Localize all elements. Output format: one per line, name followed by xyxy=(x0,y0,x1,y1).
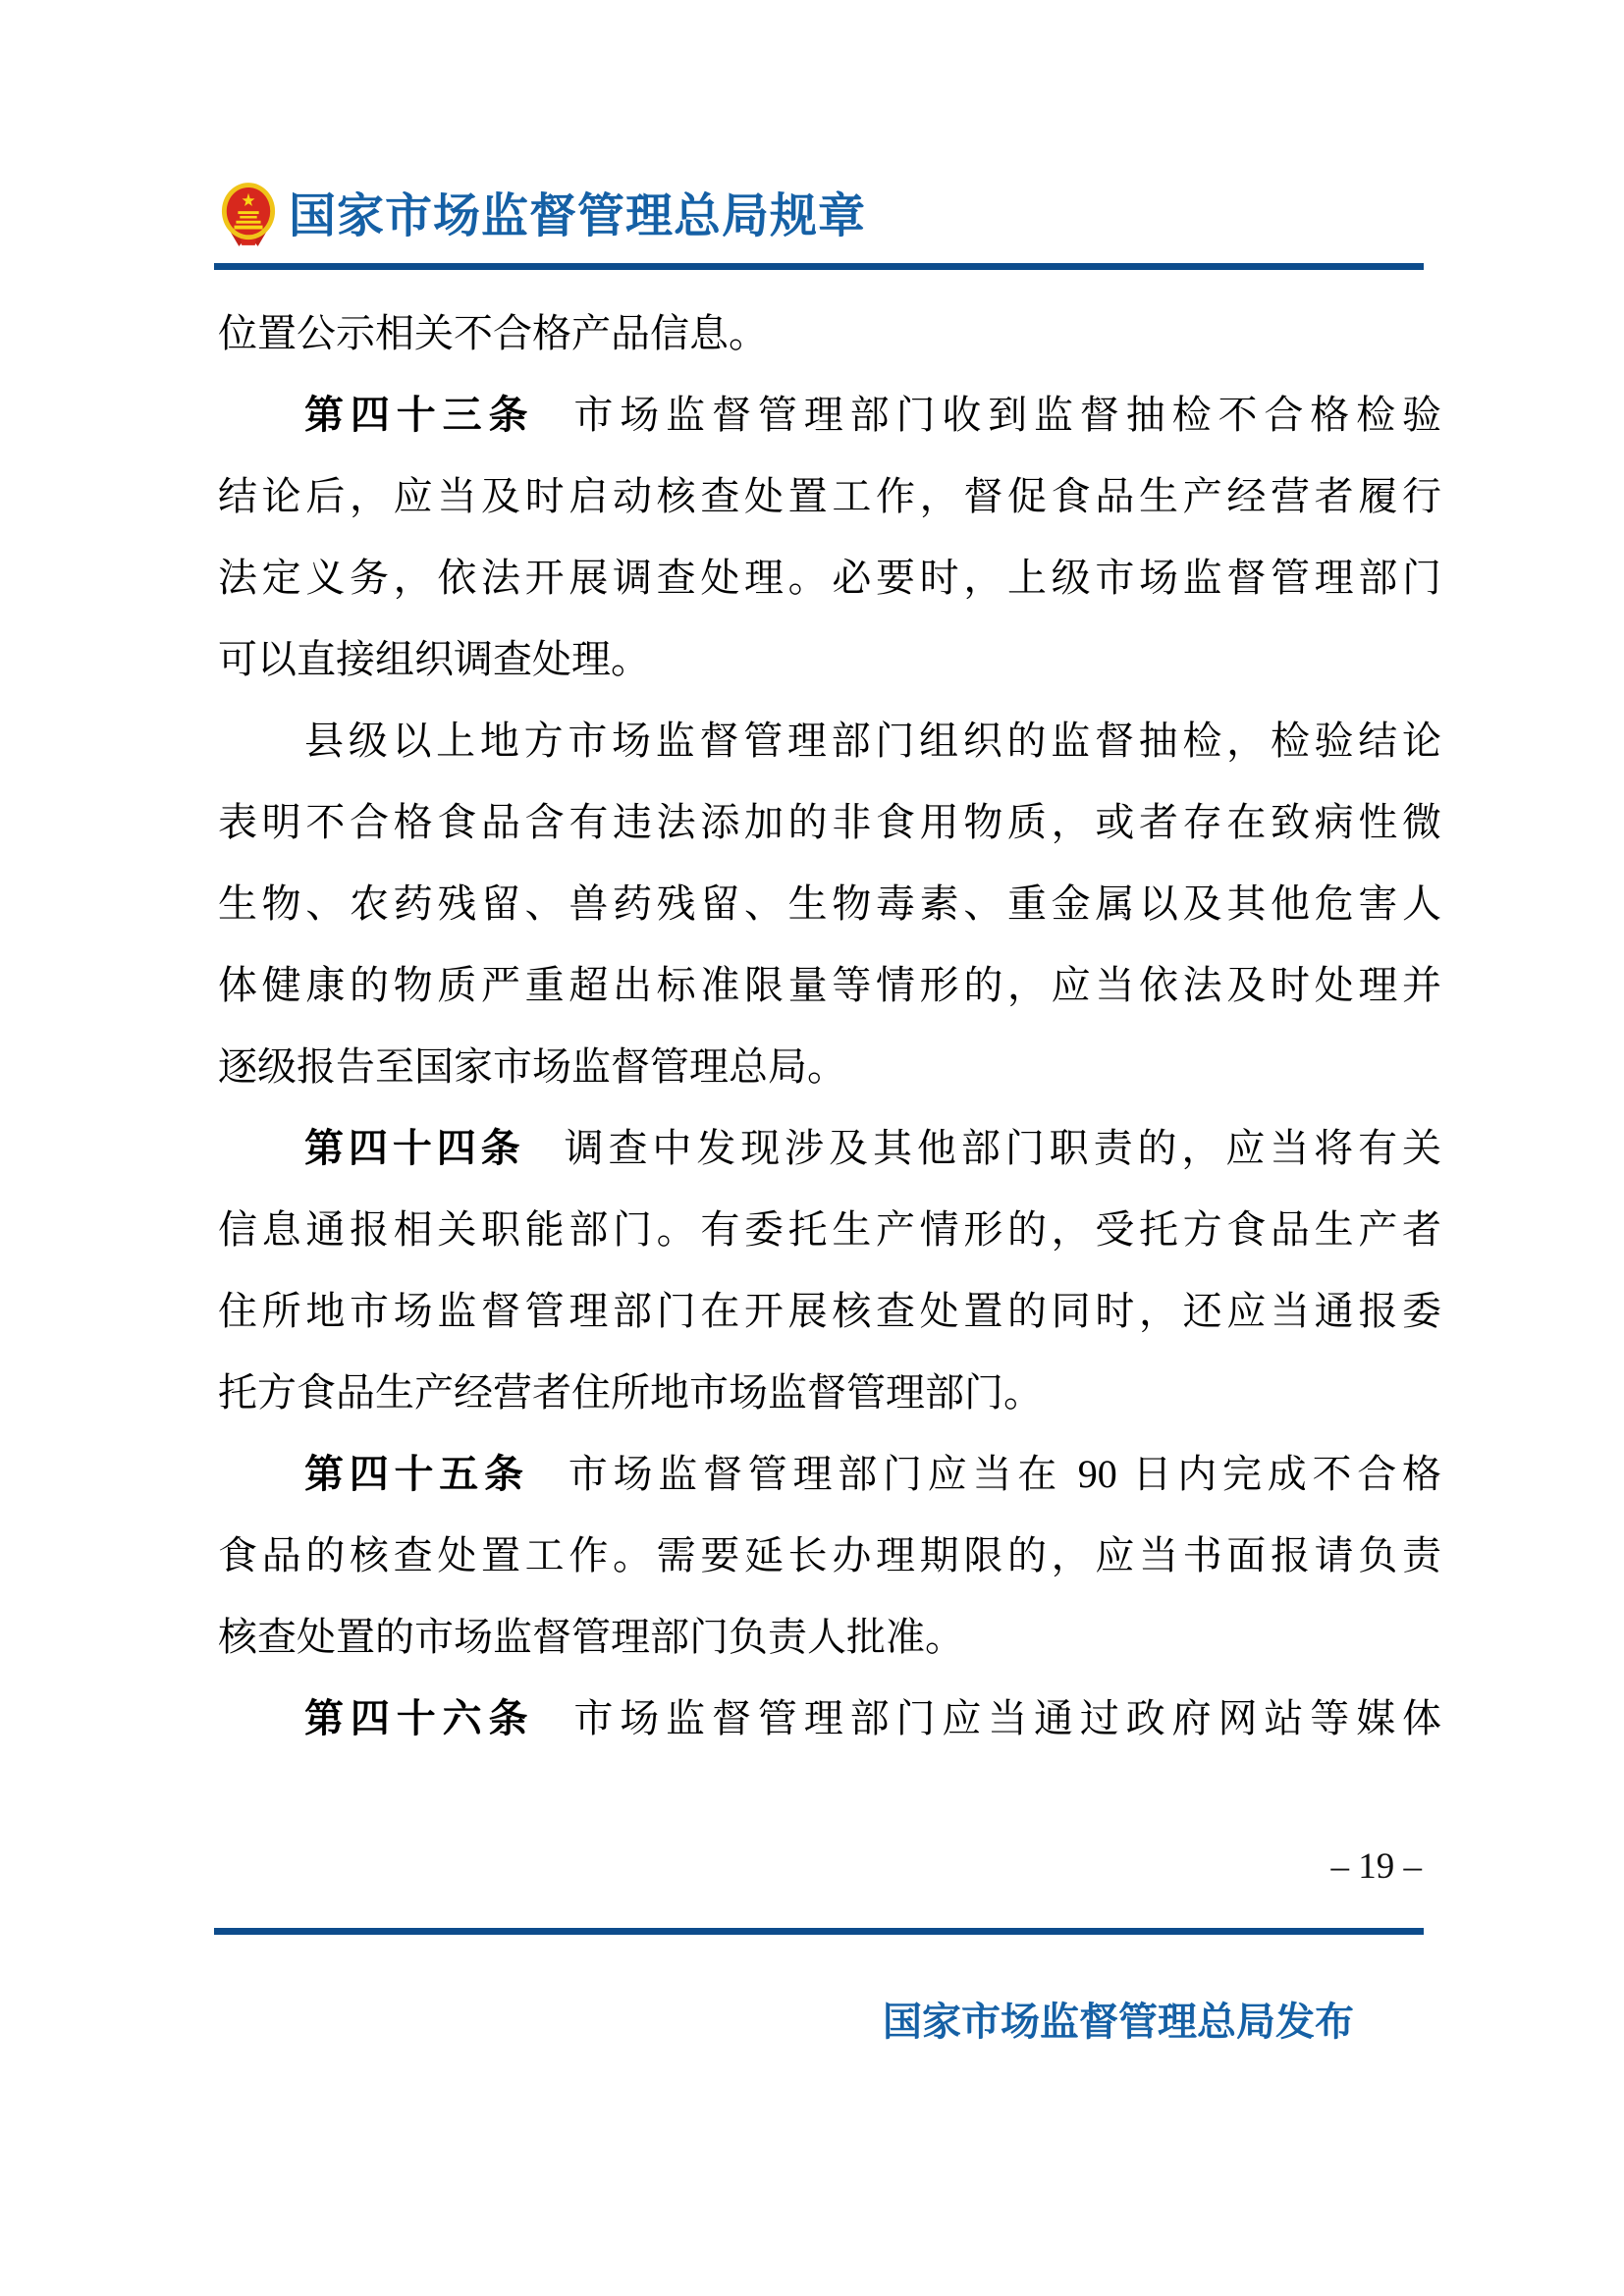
header-title: 国家市场监督管理总局规章 xyxy=(289,188,866,245)
body-line: 第四十六条市场监督管理部门应当通过政府网站等媒体 xyxy=(218,1678,1441,1759)
body-line: 第四十三条市场监督管理部门收到监督抽检不合格检验 xyxy=(218,374,1441,455)
line-text: 市场监督管理部门应当在 90 日内完成不合格 xyxy=(568,1452,1441,1496)
document-page: 国家市场监督管理总局规章 位置公示相关不合格产品信息。第四十三条市场监督管理部门… xyxy=(0,0,1624,2296)
body-line: 托方食品生产经营者住所地市场监督管理部门。 xyxy=(218,1352,1441,1433)
document-body: 位置公示相关不合格产品信息。第四十三条市场监督管理部门收到监督抽检不合格检验结论… xyxy=(218,293,1441,1759)
national-emblem-icon xyxy=(220,183,277,247)
body-line: 表明不合格食品含有违法添加的非食用物质，或者存在致病性微 xyxy=(218,781,1441,863)
line-text: 结论后，应当及时启动核查处置工作，督促食品生产经营者履行 xyxy=(218,474,1441,518)
footer-rule-divider xyxy=(214,1928,1424,1935)
article-number: 第四十四条 xyxy=(304,1127,525,1170)
body-line: 县级以上地方市场监督管理部门组织的监督抽检，检验结论 xyxy=(218,700,1441,781)
body-line: 核查处置的市场监督管理部门负责人批准。 xyxy=(218,1596,1441,1678)
article-number: 第四十六条 xyxy=(304,1697,534,1740)
article-number: 第四十五条 xyxy=(304,1453,529,1496)
line-text: 可以直接组织调查处理。 xyxy=(218,637,650,681)
body-line: 生物、农药残留、兽药残留、生物毒素、重金属以及其他危害人 xyxy=(218,863,1441,944)
line-text: 信息通报相关职能部门。有委托生产情形的，受托方食品生产者 xyxy=(218,1207,1441,1252)
body-line: 第四十四条调查中发现涉及其他部门职责的，应当将有关 xyxy=(218,1107,1441,1189)
line-text: 法定义务，依法开展调查处理。必要时，上级市场监督管理部门 xyxy=(218,556,1441,600)
line-text: 市场监督管理部门收到监督抽检不合格检验 xyxy=(573,393,1441,437)
line-text: 托方食品生产经营者住所地市场监督管理部门。 xyxy=(218,1370,1043,1415)
body-line: 位置公示相关不合格产品信息。 xyxy=(218,293,1441,374)
body-line: 信息通报相关职能部门。有委托生产情形的，受托方食品生产者 xyxy=(218,1189,1441,1270)
line-text: 食品的核查处置工作。需要延长办理期限的，应当书面报请负责 xyxy=(218,1533,1441,1577)
page-number: – 19 – xyxy=(1331,1847,1423,1887)
line-text: 调查中发现涉及其他部门职责的，应当将有关 xyxy=(565,1126,1441,1170)
body-line: 法定义务，依法开展调查处理。必要时，上级市场监督管理部门 xyxy=(218,537,1441,618)
line-text: 住所地市场监督管理部门在开展核查处置的同时，还应当通报委 xyxy=(218,1289,1441,1333)
line-text: 核查处置的市场监督管理部门负责人批准。 xyxy=(218,1615,964,1659)
publisher-label: 国家市场监督管理总局发布 xyxy=(883,1997,1354,2048)
line-text: 表明不合格食品含有违法添加的非食用物质，或者存在致病性微 xyxy=(218,800,1441,844)
line-text: 市场监督管理部门应当通过政府网站等媒体 xyxy=(573,1696,1441,1740)
line-text: 县级以上地方市场监督管理部门组织的监督抽检，检验结论 xyxy=(304,719,1441,763)
line-text: 生物、农药残留、兽药残留、生物毒素、重金属以及其他危害人 xyxy=(218,881,1441,926)
body-line: 可以直接组织调查处理。 xyxy=(218,618,1441,700)
line-text: 逐级报告至国家市场监督管理总局。 xyxy=(218,1044,846,1089)
body-line: 第四十五条市场监督管理部门应当在 90 日内完成不合格 xyxy=(218,1433,1441,1515)
body-line: 体健康的物质严重超出标准限量等情形的，应当依法及时处理并 xyxy=(218,944,1441,1026)
body-line: 食品的核查处置工作。需要延长办理期限的，应当书面报请负责 xyxy=(218,1515,1441,1596)
line-text: 位置公示相关不合格产品信息。 xyxy=(218,311,768,355)
body-line: 逐级报告至国家市场监督管理总局。 xyxy=(218,1026,1441,1107)
body-line: 结论后，应当及时启动核查处置工作，督促食品生产经营者履行 xyxy=(218,455,1441,537)
body-line: 住所地市场监督管理部门在开展核查处置的同时，还应当通报委 xyxy=(218,1270,1441,1352)
article-number: 第四十三条 xyxy=(304,394,534,437)
line-text: 体健康的物质严重超出标准限量等情形的，应当依法及时处理并 xyxy=(218,963,1441,1007)
header-rule-divider xyxy=(214,263,1424,270)
